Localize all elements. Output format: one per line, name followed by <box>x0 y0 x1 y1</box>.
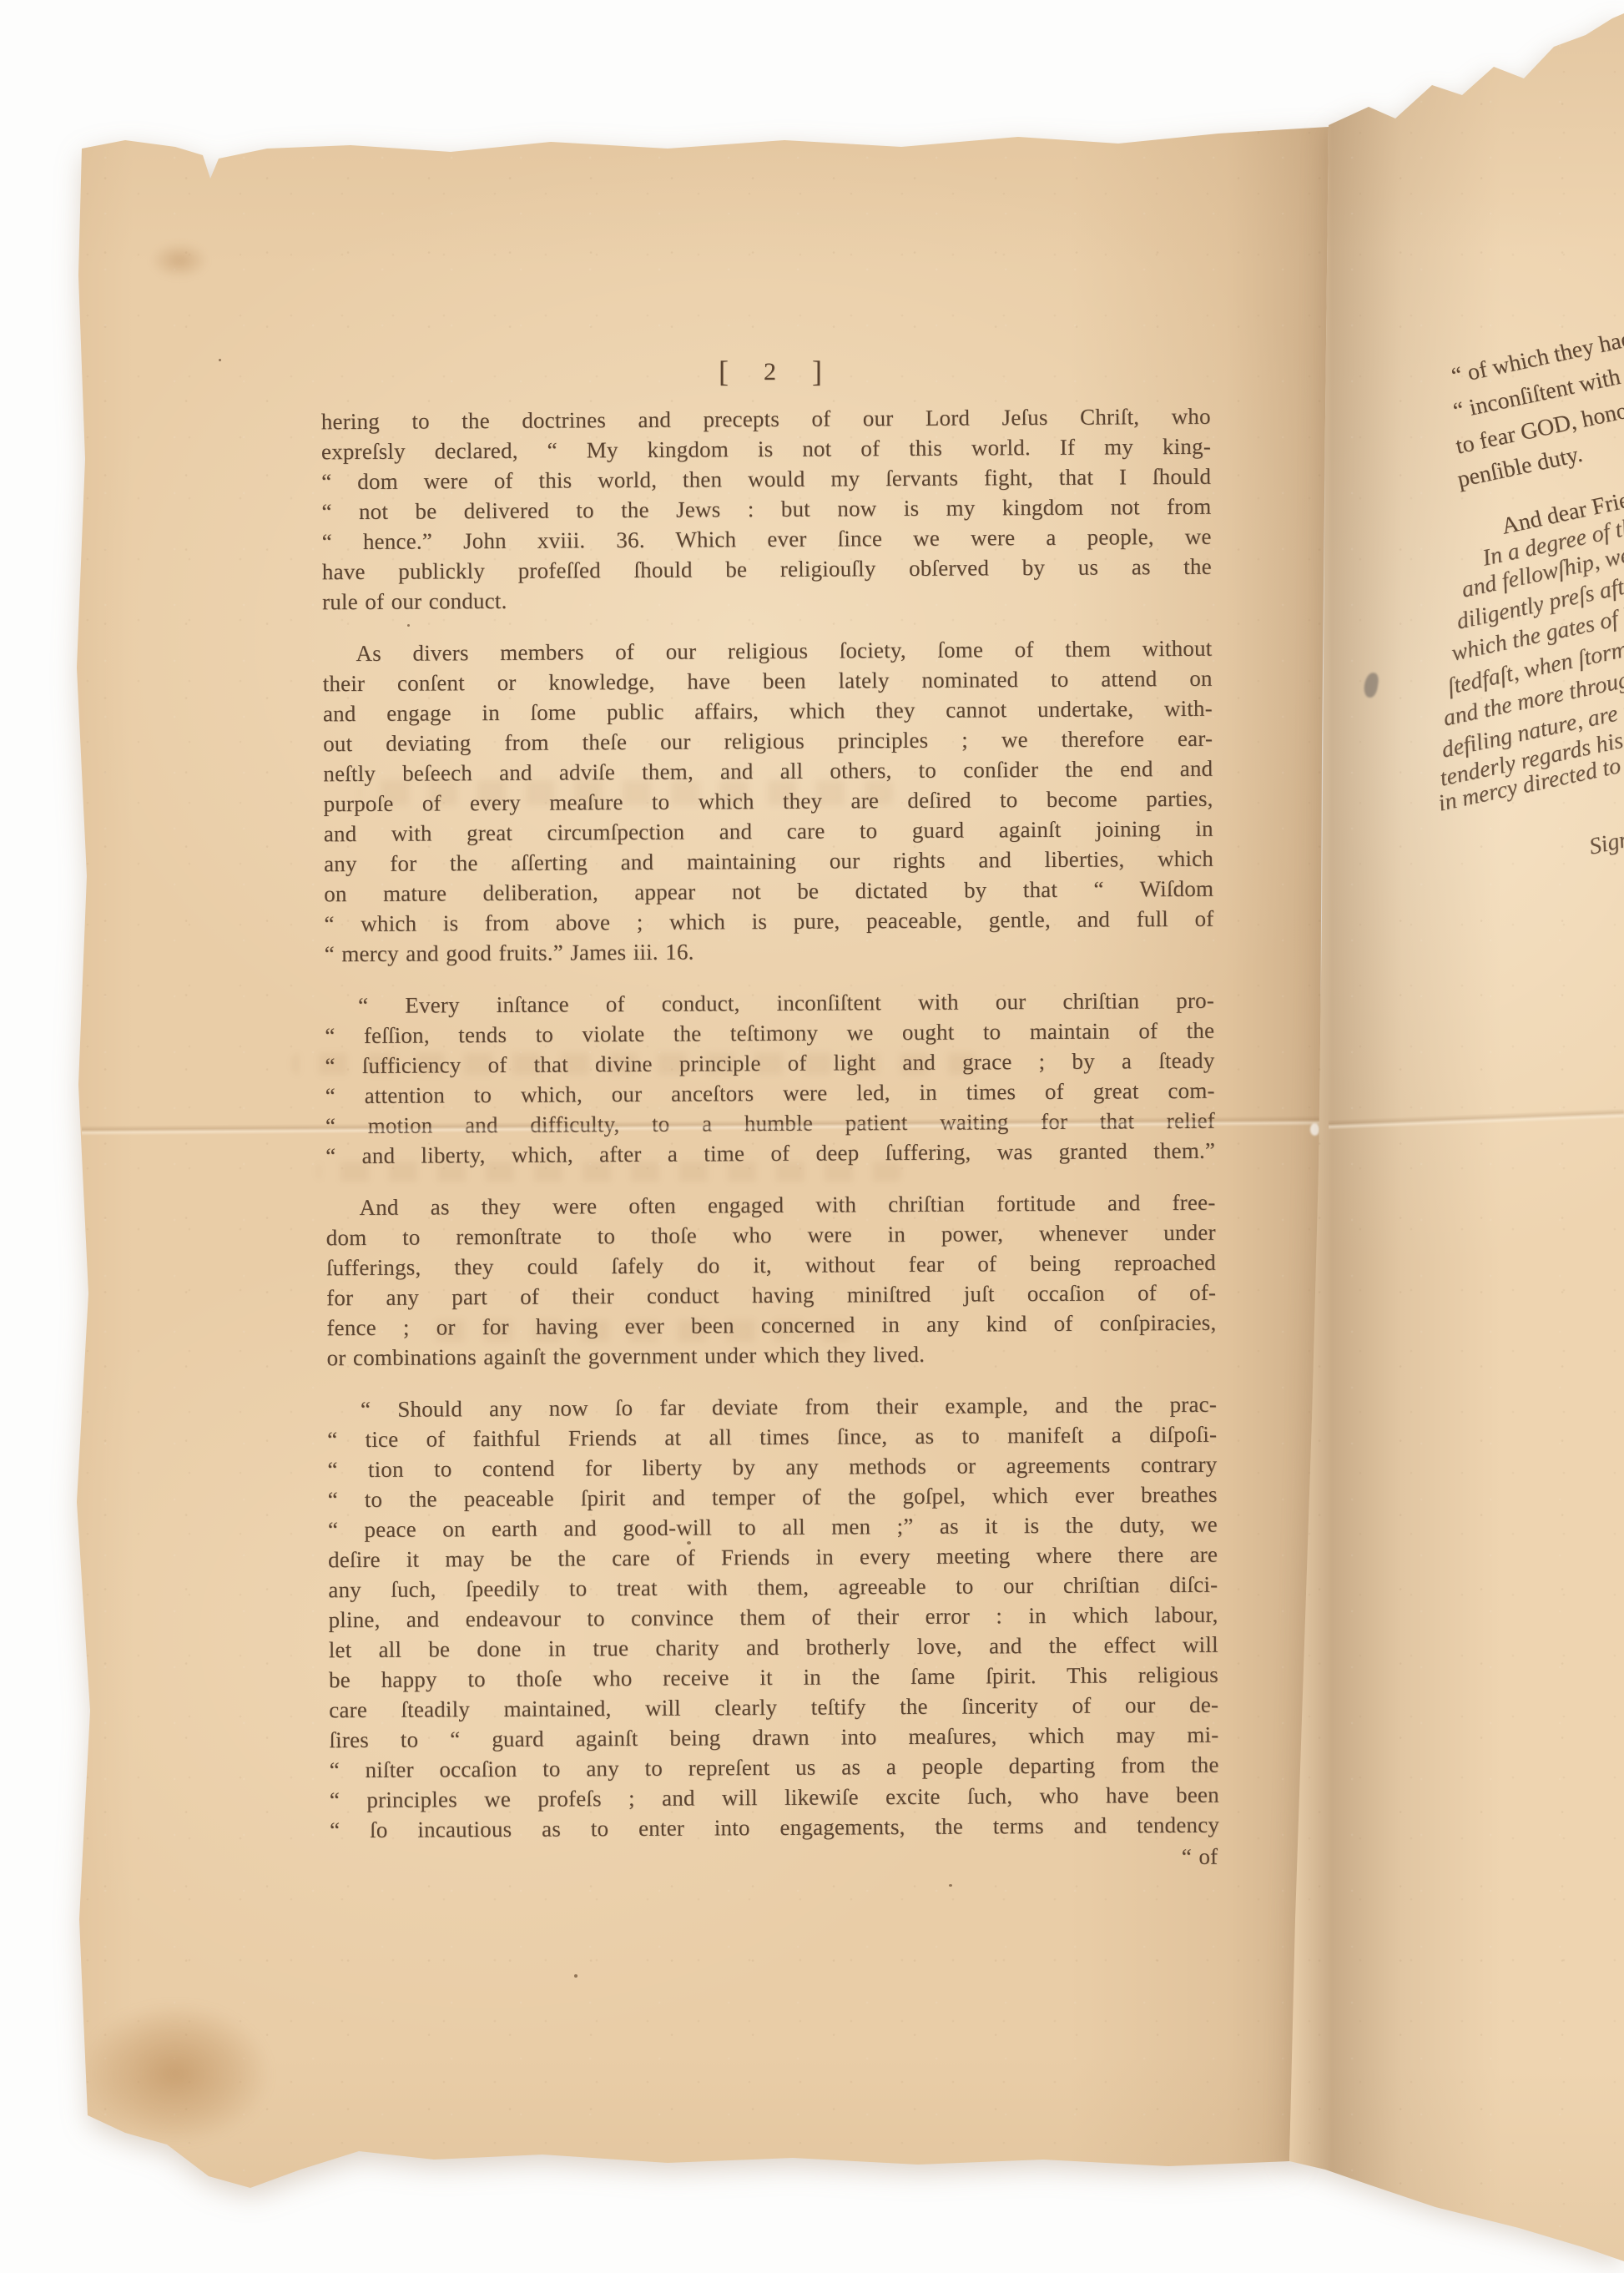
ink-blot <box>1363 672 1379 698</box>
right-page-shadow: “ of which they had“ inconſiſtent with o… <box>0 0 1624 2273</box>
fold-crease-horizontal <box>1329 1108 1624 1130</box>
photograph-background: [2] hering to the doctrines and precepts… <box>0 0 1624 2273</box>
text-line: Sign <box>1587 826 1624 861</box>
right-page: “ of which they had“ inconſiſtent with o… <box>0 0 1624 2273</box>
paper-grain-texture <box>0 0 1624 2273</box>
